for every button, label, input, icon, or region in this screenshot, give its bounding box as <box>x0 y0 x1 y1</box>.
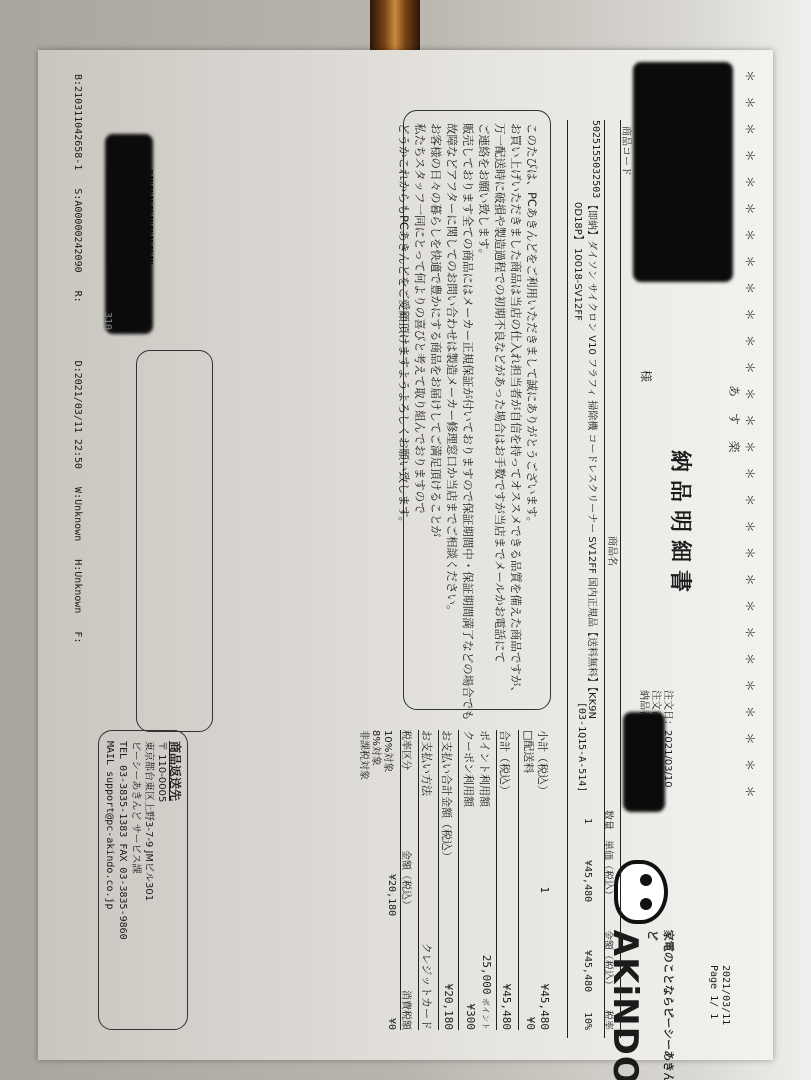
message-line: 故障などアフターに関してのお問い合わせは製造メーカー修理窓口か当店までご相談くだ… <box>444 123 460 697</box>
return-address-box: 商品返送先 〒 110-0005 東京都台東区上野3-7-9 JMビル301 ピ… <box>98 730 188 1030</box>
total-label: 合計（税込） <box>497 730 513 796</box>
thank-you-message-box: このたびは、PCあきんどをご利用いただきまして誠にありがとうございます。 お買い… <box>403 110 551 710</box>
date-page-block: 2021/03/11 Page 1/ 1 <box>707 965 731 1025</box>
item-code: 5025155032503 <box>586 120 601 200</box>
redacted-order-number <box>623 712 665 812</box>
redacted-recipient-name <box>633 62 733 282</box>
coupon-row: クーポン利用額 ¥300 <box>461 730 477 1030</box>
message-line: 私たちスタッフ一同にとって何よりの喜びと考えて取り組んでおりますので <box>412 123 428 697</box>
tax-header-tax: 消費税額 <box>400 990 415 1030</box>
return-tel-fax: TEL 03-3835-1383 FAX 03-3835-9860 <box>116 741 129 1019</box>
footer-b: B:210311042658-1 <box>72 74 83 170</box>
payment-total-label: お支払い合計金額（税込） <box>439 730 455 862</box>
message-line: どうかこれからもPCあきんどをご愛顧頂けますようよろしくお願い致します。 <box>396 123 412 697</box>
divider <box>400 730 401 1030</box>
tax-row: 10%対象 ¥20,180 ¥0 <box>382 730 397 1030</box>
message-line: 販売しております全ての商品にはメーカー正規保証が付いておりますので保証期間中・保… <box>460 123 476 697</box>
subtotal-value: ¥45,480 <box>535 984 551 1030</box>
blank-notes-box <box>136 350 213 732</box>
item-sku: [03-1Q15-A-514] <box>576 702 587 792</box>
item-name-line2: 0D18P】 10018-SV12FF <box>572 202 587 321</box>
table-top-rule <box>620 120 621 1038</box>
divider <box>496 730 497 1030</box>
return-address: 東京都台東区上野3-7-9 JMビル301 <box>142 741 155 1019</box>
divider <box>458 730 459 1030</box>
points-unit: ポイント <box>481 998 490 1030</box>
document-date: 2021/03/11 <box>719 965 731 1025</box>
document-title: 納品明細書 <box>666 450 697 600</box>
points-value: 25,000 <box>480 955 493 995</box>
payment-method-label: お支払い方法 <box>419 730 435 796</box>
payment-method-value: クレジットカード <box>419 943 435 1030</box>
shipping-label: □配送料 <box>521 730 537 773</box>
mascot-face-icon <box>614 860 668 924</box>
table-bottom-rule <box>567 120 568 1038</box>
return-address-title: 商品返送先 <box>168 741 181 1019</box>
dotted-recipient-line: ＊＊＊＊＊＊＊＊＊＊＊＊＊＊＊＊＊＊＊＊＊＊＊＊＊＊＊＊＊＊＊＊＊＊＊＊＊＊＊＊… <box>745 70 759 810</box>
recipient-prefix: あ す 楽 <box>726 385 743 459</box>
divider <box>418 730 419 1030</box>
return-postal: 〒 110-0005 <box>155 741 168 1019</box>
total-row: 合計（税込） ¥45,480 <box>497 730 513 1030</box>
coupon-value: ¥300 <box>461 1004 477 1031</box>
footer-d: D:2021/03/11 22:50 <box>72 361 83 469</box>
tax-header-amount: 金額（税込） <box>400 850 415 910</box>
tax-value: ¥0 <box>382 1018 397 1030</box>
message-line: お客様の日々の暮らしを快適で豊かにする商品をお届けしてご満足頂けることが <box>428 123 444 697</box>
footer-s: S:A00000242090 <box>72 188 83 272</box>
recipient-suffix: 様 <box>638 370 655 382</box>
footer-f: F: <box>72 631 83 643</box>
footer-h: H:Unknown <box>72 559 83 613</box>
table-header-rule <box>604 120 605 1038</box>
payment-total-row: お支払い合計金額（税込） ¥20,180 <box>439 730 455 1030</box>
tax-amount: ¥20,180 <box>382 874 397 916</box>
total-value: ¥45,480 <box>497 984 513 1030</box>
item-amount: ¥45,480 <box>582 950 593 992</box>
divider <box>518 730 519 1030</box>
divider <box>438 730 439 1030</box>
item-unit-price: ¥45,480 <box>582 860 593 902</box>
footer-r: R: <box>72 291 83 303</box>
return-company: ピーシーあきんど サービス課 <box>129 741 142 1019</box>
coupon-label: クーポン利用額 <box>461 730 477 807</box>
delivery-statement-paper: ＊＊＊＊＊＊＊＊＊＊＊＊＊＊＊＊＊＊＊＊＊＊＊＊＊＊＊＊＊＊＊＊＊＊＊＊＊＊＊＊… <box>38 50 773 1060</box>
barcode-text: 310 <box>102 312 113 330</box>
tax-row: 非課税対象 <box>358 730 373 780</box>
payment-method-row: お支払い方法 クレジットカード <box>419 730 435 1030</box>
footer-w: W:Unknown <box>72 487 83 541</box>
tax-table-header: 税率区分 金額（税込） 消費税額 <box>400 730 415 1030</box>
item-name: 【即納】ダイソン サイクロン V10 フラフィ 掃除機 コードレスクリーナー S… <box>586 200 601 820</box>
subtotal-row: 小計（税込） 1 ¥45,480 <box>535 730 551 1030</box>
message-line: このたびは、PCあきんどをご利用いただきまして誠にありがとうございます。 <box>524 123 540 697</box>
col-header-code: 商品コード <box>620 126 635 176</box>
redacted-barcode <box>105 134 153 334</box>
payment-total-value: ¥20,180 <box>439 984 455 1030</box>
page-number: Page 1/ 1 <box>707 965 719 1025</box>
subtotal-qty: 1 <box>535 887 551 894</box>
points-row: ポイント利用額 25,000 ポイント <box>477 730 493 1030</box>
item-qty: 1 <box>582 818 593 824</box>
message-line: お買い上げいただきました商品は当店の仕入れ担当者が自信を持ってオススメできる品質… <box>508 123 524 697</box>
shipping-row: □配送料 ¥0 <box>521 730 537 1030</box>
message-line: 万一配送時に破損や製造過程での初期不良などがあった場合はお手数ですが当店までメー… <box>492 123 508 697</box>
logo-tagline: 家電のことなら <box>662 930 675 1007</box>
footer-meta: B:210311042658-1 S:A00000242090 R: D:202… <box>72 74 83 643</box>
shipping-value: ¥0 <box>521 1017 537 1030</box>
tax-header-category: 税率区分 <box>400 730 415 770</box>
item-tax-rate: 10% <box>582 1012 593 1030</box>
table-row: 5025155032503 【即納】ダイソン サイクロン V10 フラフィ 掃除… <box>586 120 601 820</box>
subtotal-label: 小計（税込） <box>535 730 551 796</box>
points-label: ポイント利用額 <box>477 730 493 807</box>
message-line: ご連絡をお願い致します。 <box>476 123 492 697</box>
return-mail: MAIL support@pc-akindo.co.jp <box>103 741 116 1019</box>
tax-category: 非課税対象 <box>358 730 369 780</box>
col-header-name: 商品名 <box>606 536 621 566</box>
